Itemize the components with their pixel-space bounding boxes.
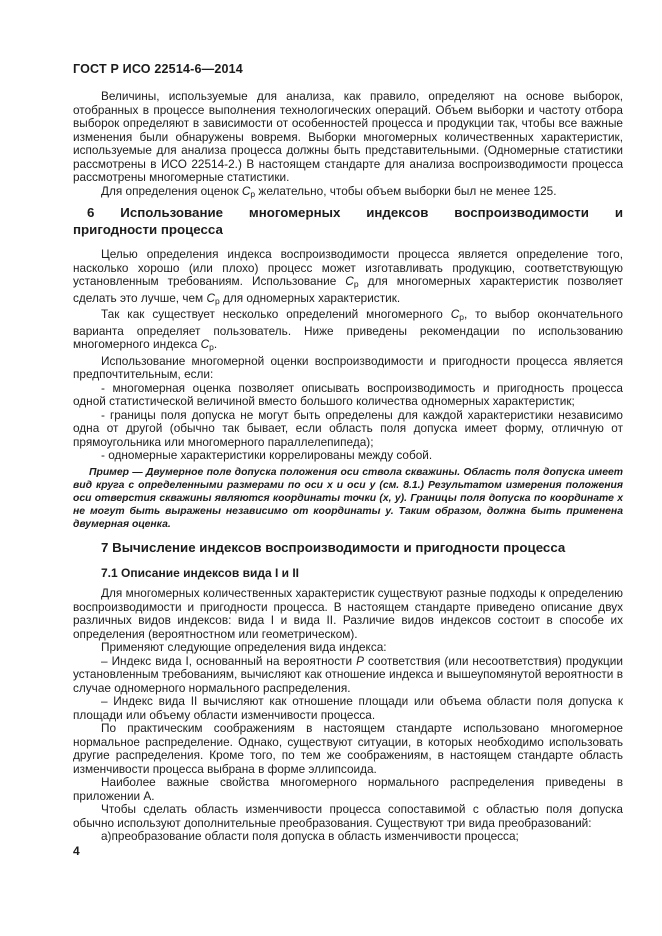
standard-reference-header: ГОСТ Р ИСО 22514-6—2014 [73,63,623,76]
text-run: – Индекс вида I, основанный на вероятнос… [101,654,356,668]
section-7-heading: 7 Вычисление индексов воспроизводимости … [73,540,623,557]
practical-considerations-paragraph: По практическим соображениям в настоящем… [73,722,623,776]
text-run: C [201,337,210,351]
section-6-heading: 6 Использование многомерных индексов вос… [73,205,623,238]
text-run: C [345,274,354,288]
text-run: - границы поля допуска не могут быть опр… [73,408,623,449]
sample-size-note: Для определения оценок Cp желательно, чт… [73,185,623,202]
text-run: - многомерная оценка позволяет описывать… [73,381,623,409]
text-run: для одномерных характеристик. [220,291,400,305]
text-run: Применяют следующие определения вида инд… [101,640,387,654]
subsection-7-1-heading: 7.1 Описание индексов вида I и II [73,566,623,580]
annex-a-reference-paragraph: Наиболее важные свойства многомерного но… [73,776,623,803]
approaches-paragraph: Для многомерных количественных характери… [73,587,623,641]
document-body: Величины, используемые для анализа, как … [73,90,623,844]
text-run: Наиболее важные свойства многомерного но… [73,775,623,803]
example-note: Пример — Двумерное поле допуска положени… [73,466,623,532]
transformation-item-a: а)преобразование области поля допуска в … [73,830,623,844]
text-run: C [206,291,215,305]
cp-choice-paragraph: Так как существует несколько определений… [73,308,623,355]
definitions-intro-paragraph: Применяют следующие определения вида инд… [73,641,623,655]
page-number: 4 [73,845,80,858]
text-run: Для определения оценок [101,184,242,198]
document-page: ГОСТ Р ИСО 22514-6—2014 Величины, исполь… [0,0,662,936]
transformations-intro-paragraph: Чтобы сделать область изменчивости проце… [73,803,623,830]
text-run: а)преобразование области поля допуска в … [101,829,519,843]
preference-paragraph: Использование многомерной оценки воспрои… [73,355,623,382]
text-run: Использование многомерной оценки воспрои… [73,354,623,382]
index-type-1-item: – Индекс вида I, основанный на вероятнос… [73,655,623,696]
intro-paragraph: Величины, используемые для анализа, как … [73,90,623,185]
text-run: 7 Вычисление индексов воспроизводимости … [101,540,565,555]
text-run: . [214,337,217,351]
benefit-list-item-3: - одномерные характеристики коррелирован… [73,449,623,463]
text-run: Пример — Двумерное поле допуска положени… [73,467,623,531]
text-run: Величины, используемые для анализа, как … [73,89,623,184]
benefit-list-item-1: - многомерная оценка позволяет описывать… [73,382,623,409]
text-run: – Индекс вида II вычисляют как отношение… [73,694,623,722]
document-content: ГОСТ Р ИСО 22514-6—2014 Величины, исполь… [73,63,623,844]
benefit-list-item-2: - границы поля допуска не могут быть опр… [73,409,623,450]
heading-line: 6 Использование многомерных индексов вос… [73,205,623,222]
text-run: P [356,654,364,668]
text-run: По практическим соображениям в настоящем… [73,721,623,776]
text-run: 7.1 Описание индексов вида I и II [101,566,299,580]
text-run: Чтобы сделать область изменчивости проце… [73,802,623,830]
text-run: Так как существует несколько определений… [101,307,451,321]
text-run: C [451,307,460,321]
heading-line: пригодности процесса [73,222,623,239]
text-run: желательно, чтобы объем выборки был не м… [255,184,556,198]
purpose-paragraph: Целью определения индекса воспроизводимо… [73,248,623,308]
index-type-2-item: – Индекс вида II вычисляют как отношение… [73,695,623,722]
text-run: Для многомерных количественных характери… [73,586,623,641]
text-run: - одномерные характеристики коррелирован… [101,448,432,462]
